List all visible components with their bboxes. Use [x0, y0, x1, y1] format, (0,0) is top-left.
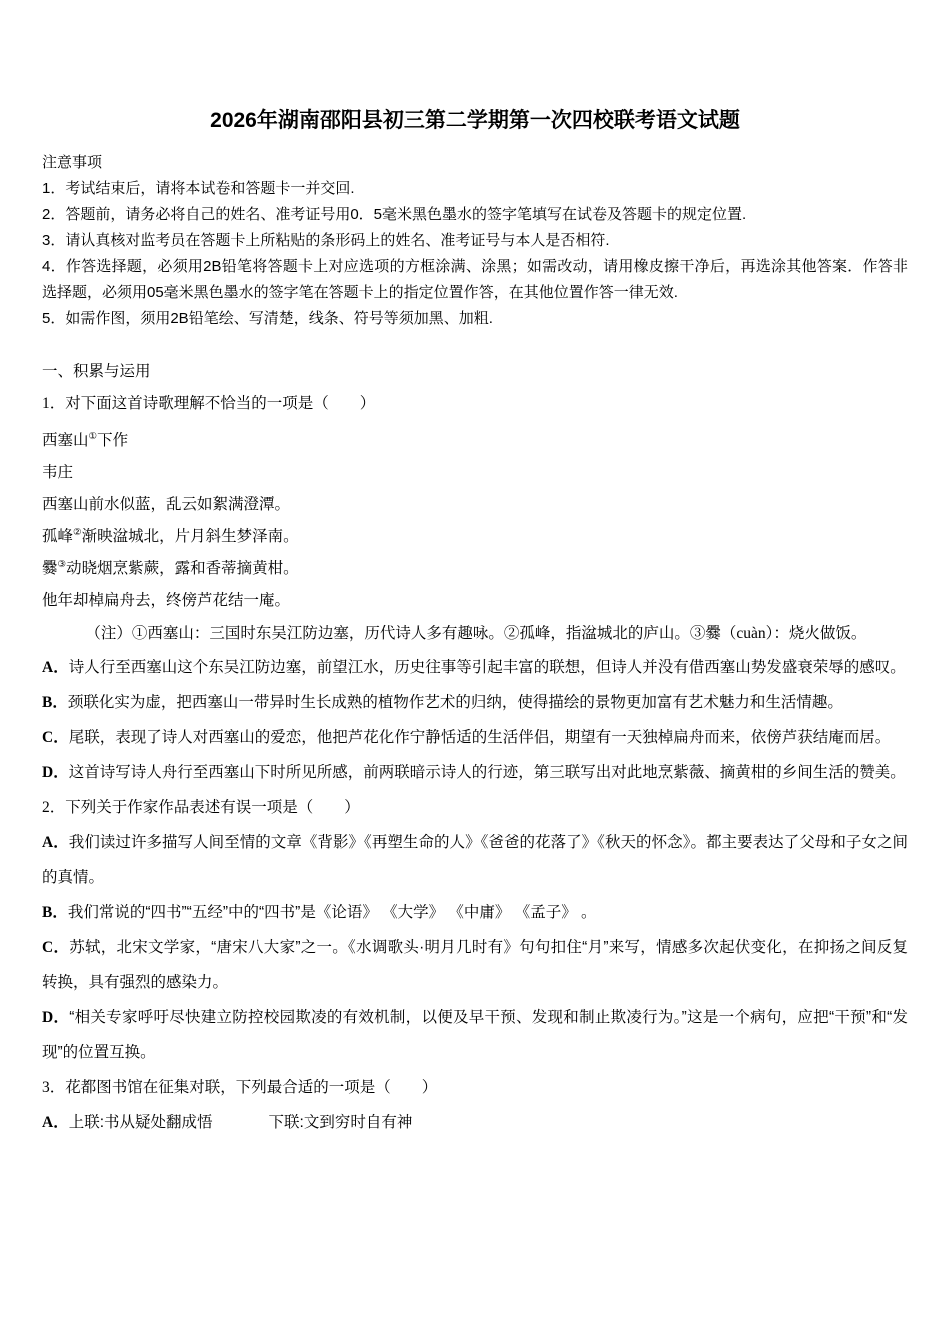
option-text: 颈联化实为虚，把西塞山一带异时生长成熟的植物作艺术的归纳，使得描绘的景物更加富有…: [68, 694, 843, 711]
option-text: “相关专家呼吁尽快建立防控校园欺凌的有效机制，以便及早干预、发现和制止欺凌行为。…: [42, 1009, 908, 1061]
question-2-stem-text: 下列关于作家作品表述有误一项是（ ）: [65, 799, 360, 816]
option-label-B: B．: [42, 904, 68, 921]
option-text: 我们读过许多描写人间至情的文章《背影》《再塑生命的人》《爸爸的花落了》《秋天的怀…: [42, 834, 908, 886]
poem-footnote-marker-3: ③: [58, 559, 67, 570]
poem-line-3-text-2: 动晓烟烹紫蕨，露和香蒂摘黄柑。: [66, 560, 299, 577]
poem-line-1: 西塞山前水似蓝，乱云如絮满澄潭。: [42, 489, 908, 521]
option-text: 这首诗写诗人舟行至西塞山下时所见所感，前两联暗示诗人的行迹，第三联写出对此地烹紫…: [69, 764, 906, 781]
option-label-C: C．: [42, 939, 69, 956]
notice-item-2: 2．答题前，请务必将自己的姓名、准考证号用0．5毫米黑色墨水的签字笔填写在试卷及…: [42, 202, 908, 228]
question-3-option-A: A．上联:书从疑处翻成悟下联:文到穷时自有神: [42, 1105, 908, 1140]
question-2-number: 2．: [42, 799, 65, 816]
question-1-option-A: A．诗人行至西塞山这个东吴江防边塞，前望江水，历史往事等引起丰富的联想，但诗人并…: [42, 650, 908, 685]
question-2-option-C: C．苏轼，北宋文学家，“唐宋八大家”之一。《水调歌头·明月几时有》句句扣住“月”…: [42, 930, 908, 1000]
poem-line-2: 孤峰②渐映湓城北，片月斜生梦泽南。: [42, 521, 908, 553]
question-1-stem-text: 对下面这首诗歌理解不恰当的一项是（ ）: [65, 395, 375, 412]
poem-line-2-text-2: 渐映湓城北，片月斜生梦泽南。: [82, 528, 299, 545]
poem-title: 西塞山①下作: [42, 425, 908, 457]
option-label-A: A．: [42, 834, 69, 851]
question-1-option-B: B．颈联化实为虚，把西塞山一带异时生长成熟的植物作艺术的归纳，使得描绘的景物更加…: [42, 685, 908, 720]
option-label-C: C．: [42, 729, 69, 746]
notice-item-1: 1．考试结束后，请将本试卷和答题卡一并交回.: [42, 176, 908, 202]
poem-line-3-text: 爨: [42, 560, 58, 577]
poem-footnote-marker-1: ①: [89, 431, 98, 442]
page-title: 2026年湖南邵阳县初三第二学期第一次四校联考语文试题: [42, 104, 908, 134]
question-2-option-B: B．我们常说的“四书”“五经”中的“四书”是《论语》 《大学》 《中庸》 《孟子…: [42, 895, 908, 930]
exam-paper-page: 2026年湖南邵阳县初三第二学期第一次四校联考语文试题 注意事项 1．考试结束后…: [0, 0, 950, 1344]
notice-heading: 注意事项: [42, 150, 908, 176]
option-text: 尾联，表现了诗人对西塞山的爱恋，他把芦花化作宁静恬适的生活伴侣，期望有一天独棹扁…: [69, 729, 891, 746]
question-1-number: 1．: [42, 395, 65, 412]
option-text: 我们常说的“四书”“五经”中的“四书”是《论语》 《大学》 《中庸》 《孟子》 …: [68, 904, 597, 921]
poem-block: 西塞山①下作 韦庄 西塞山前水似蓝，乱云如絮满澄潭。 孤峰②渐映湓城北，片月斜生…: [42, 425, 908, 650]
option-text: 诗人行至西塞山这个东吴江防边塞，前望江水，历史往事等引起丰富的联想，但诗人并没有…: [69, 659, 906, 676]
option-label-A: A．: [42, 1114, 69, 1131]
notice-item-4: 4．作答选择题，必须用2B铅笔将答题卡上对应选项的方框涂满、涂黑；如需改动，请用…: [42, 254, 908, 306]
question-3-stem: 3．花都图书馆在征集对联，下列最合适的一项是（ ）: [42, 1070, 908, 1105]
question-3-number: 3．: [42, 1079, 65, 1096]
couplet-lower: 下联:文到穷时自有神: [269, 1114, 413, 1131]
poem-line-4: 他年却棹扁舟去，终傍芦花结一庵。: [42, 585, 908, 617]
question-1-stem: 1．对下面这首诗歌理解不恰当的一项是（ ）: [42, 386, 908, 421]
poem-line-2-text: 孤峰: [42, 528, 73, 545]
option-label-D: D．: [42, 1009, 69, 1026]
option-label-D: D．: [42, 764, 69, 781]
section-1-heading: 一、积累与运用: [42, 358, 908, 386]
question-1-option-D: D．这首诗写诗人舟行至西塞山下时所见所感，前两联暗示诗人的行迹，第三联写出对此地…: [42, 755, 908, 790]
poem-note: （注）①西塞山：三国时东吴江防边塞，历代诗人多有趣咏。②孤峰，指湓城北的庐山。③…: [42, 617, 908, 650]
option-label-A: A．: [42, 659, 69, 676]
question-2-option-A: A．我们读过许多描写人间至情的文章《背影》《再塑生命的人》《爸爸的花落了》《秋天…: [42, 825, 908, 895]
poem-title-text: 西塞山: [42, 432, 89, 449]
question-3-stem-text: 花都图书馆在征集对联，下列最合适的一项是（ ）: [65, 1079, 437, 1096]
couplet-upper: 上联:书从疑处翻成悟: [69, 1114, 213, 1131]
notice-item-5: 5．如需作图，须用2B铅笔绘、写清楚，线条、符号等须加黑、加粗.: [42, 306, 908, 332]
question-2-stem: 2．下列关于作家作品表述有误一项是（ ）: [42, 790, 908, 825]
poem-title-text-2: 下作: [97, 432, 128, 449]
option-text: 苏轼，北宋文学家，“唐宋八大家”之一。《水调歌头·明月几时有》句句扣住“月”来写…: [42, 939, 908, 991]
question-1-option-C: C．尾联，表现了诗人对西塞山的爱恋，他把芦花化作宁静恬适的生活伴侣，期望有一天独…: [42, 720, 908, 755]
notice-item-3: 3．请认真核对监考员在答题卡上所粘贴的条形码上的姓名、准考证号与本人是否相符.: [42, 228, 908, 254]
option-label-B: B．: [42, 694, 68, 711]
poem-author: 韦庄: [42, 457, 908, 489]
notice-section: 注意事项 1．考试结束后，请将本试卷和答题卡一并交回. 2．答题前，请务必将自己…: [42, 150, 908, 332]
question-2-option-D: D．“相关专家呼吁尽快建立防控校园欺凌的有效机制，以便及早干预、发现和制止欺凌行…: [42, 1000, 908, 1070]
poem-footnote-marker-2: ②: [73, 527, 82, 538]
poem-line-3: 爨③动晓烟烹紫蕨，露和香蒂摘黄柑。: [42, 553, 908, 585]
